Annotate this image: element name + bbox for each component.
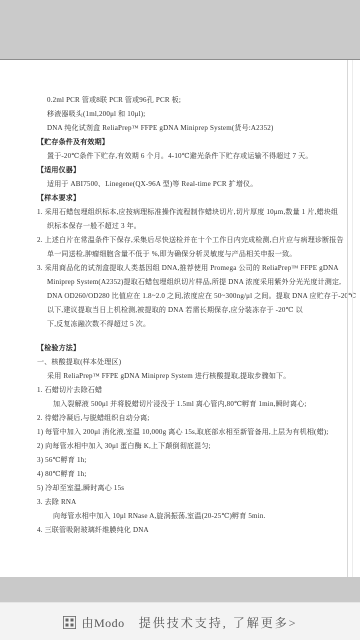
viewer-top-gutter (0, 0, 360, 60)
doc-text-line: 0.2ml PCR 管或8联 PCR 管或96孔 PCR 板; (0, 93, 360, 107)
doc-text-line: 2. 上述白片在常温条件下保存,采集后尽快送检并在十个工作日内完成检测,白片应与… (0, 233, 360, 247)
doc-text-line: 移液器吸头(1ml,200μl 和 10μl); (0, 107, 360, 121)
doc-text-line: 1) 每管中加入 200μl 消化液,室温 10,000g 离心 15s,取底部… (0, 425, 360, 439)
viewer-bottom-gutter (0, 577, 360, 602)
doc-text-line: 4) 80℃孵育 1h; (0, 467, 360, 481)
doc-text-line: 单一同送检,肿瘤细胞含量不低于 %,即为确保分析灵敏度与产品相关申报一致。 (0, 247, 360, 261)
doc-text-line: 4. 三联管吸附玻璃纤维膜纯化 DNA (0, 523, 360, 537)
doc-text-line: 1. 采用石蜡包埋组织标本,应按病理标准操作流程制作蜡块切片,切片厚度 10μm… (0, 205, 360, 219)
doc-text-line: 向每管水相中加入 10μl RNase A,旋涡振荡,室温(20-25℃)孵育 … (0, 509, 360, 523)
support-footer-link[interactable]: 由Modo 提供技术支持, 了解更多> (63, 614, 298, 631)
page-right-edge-shadow (352, 60, 353, 577)
doc-text-line: DNA OD260/OD280 比值应在 1.8~2.0 之间,浓度应在 50~… (0, 289, 360, 303)
doc-text-line: 适用于 ABI7500、Linegene(QX-96A 型)等 Real-tim… (0, 177, 360, 191)
doc-section-heading: 【适用仪器】 (0, 163, 360, 177)
doc-section-heading: 【检验方法】 (0, 341, 360, 355)
doc-section-heading: 【贮存条件及有效期】 (0, 135, 360, 149)
support-footer-bar[interactable]: 由Modo 提供技术支持, 了解更多> (0, 602, 360, 640)
doc-text-line: 3. 采用商品化的试剂盒提取人类基因组 DNA,推荐使用 Promega 公司的… (0, 261, 360, 275)
doc-text-line: DNA 纯化试剂盒 ReliaPrep™ FFPE gDNA Miniprep … (0, 121, 360, 135)
support-footer-message: 提供技术支持, 了解更多> (139, 614, 298, 631)
doc-text-line: 5) 冷却至室温,瞬时离心 15s (0, 481, 360, 495)
document-page-lines: 0.2ml PCR 管或8联 PCR 管或96孔 PCR 板;移液器吸头(1ml… (0, 60, 360, 537)
doc-text-line: 下,反复冻融次数不得超过 5 次。 (0, 317, 360, 331)
doc-text-line: 一、核酸提取(样本处理区) (0, 355, 360, 369)
doc-text-line: 织标本保存一般不超过 3 年。 (0, 219, 360, 233)
doc-text-line: 2) 向每管水相中加入 30μl 蛋白酶 K,上下颠倒彻底混匀; (0, 439, 360, 453)
document-viewer-screen: 0.2ml PCR 管或8联 PCR 管或96孔 PCR 板;移液器吸头(1ml… (0, 0, 360, 640)
doc-text-line: 3. 去除 RNA (0, 495, 360, 509)
doc-text-line: 加入裂解液 500μl 并将脱蜡切片浸没于 1.5ml 离心管内,80℃孵育 1… (0, 397, 360, 411)
doc-text-line: 置于-20℃条件下贮存,有效期 6 个月。4-10℃避光条件下贮存或运输不得超过… (0, 149, 360, 163)
doc-text-line: 采用 ReliaPrep™ FFPE gDNA Miniprep System … (0, 369, 360, 383)
doc-section-heading: 【样本要求】 (0, 191, 360, 205)
doc-text-line: Miniprep System(A2352)提取石蜡包埋组织切片样品,所提 DN… (0, 275, 360, 289)
doc-text-line: 3) 56℃孵育 1h; (0, 453, 360, 467)
doc-text-line: 以下,建议提取当日上机检测,被提取的 DNA 若需长期保存,应分装冻存于 -20… (0, 303, 360, 317)
doc-text-line: 1. 石蜡切片去除石蜡 (0, 383, 360, 397)
page-right-edge-line (347, 60, 348, 577)
modo-logo-icon (63, 616, 76, 629)
doc-text-line: 2. 待蜡冷凝后,与脱蜡组织自动分离; (0, 411, 360, 425)
support-footer-brand: 由Modo (82, 614, 125, 631)
document-page[interactable]: 0.2ml PCR 管或8联 PCR 管或96孔 PCR 板;移液器吸头(1ml… (0, 60, 360, 577)
